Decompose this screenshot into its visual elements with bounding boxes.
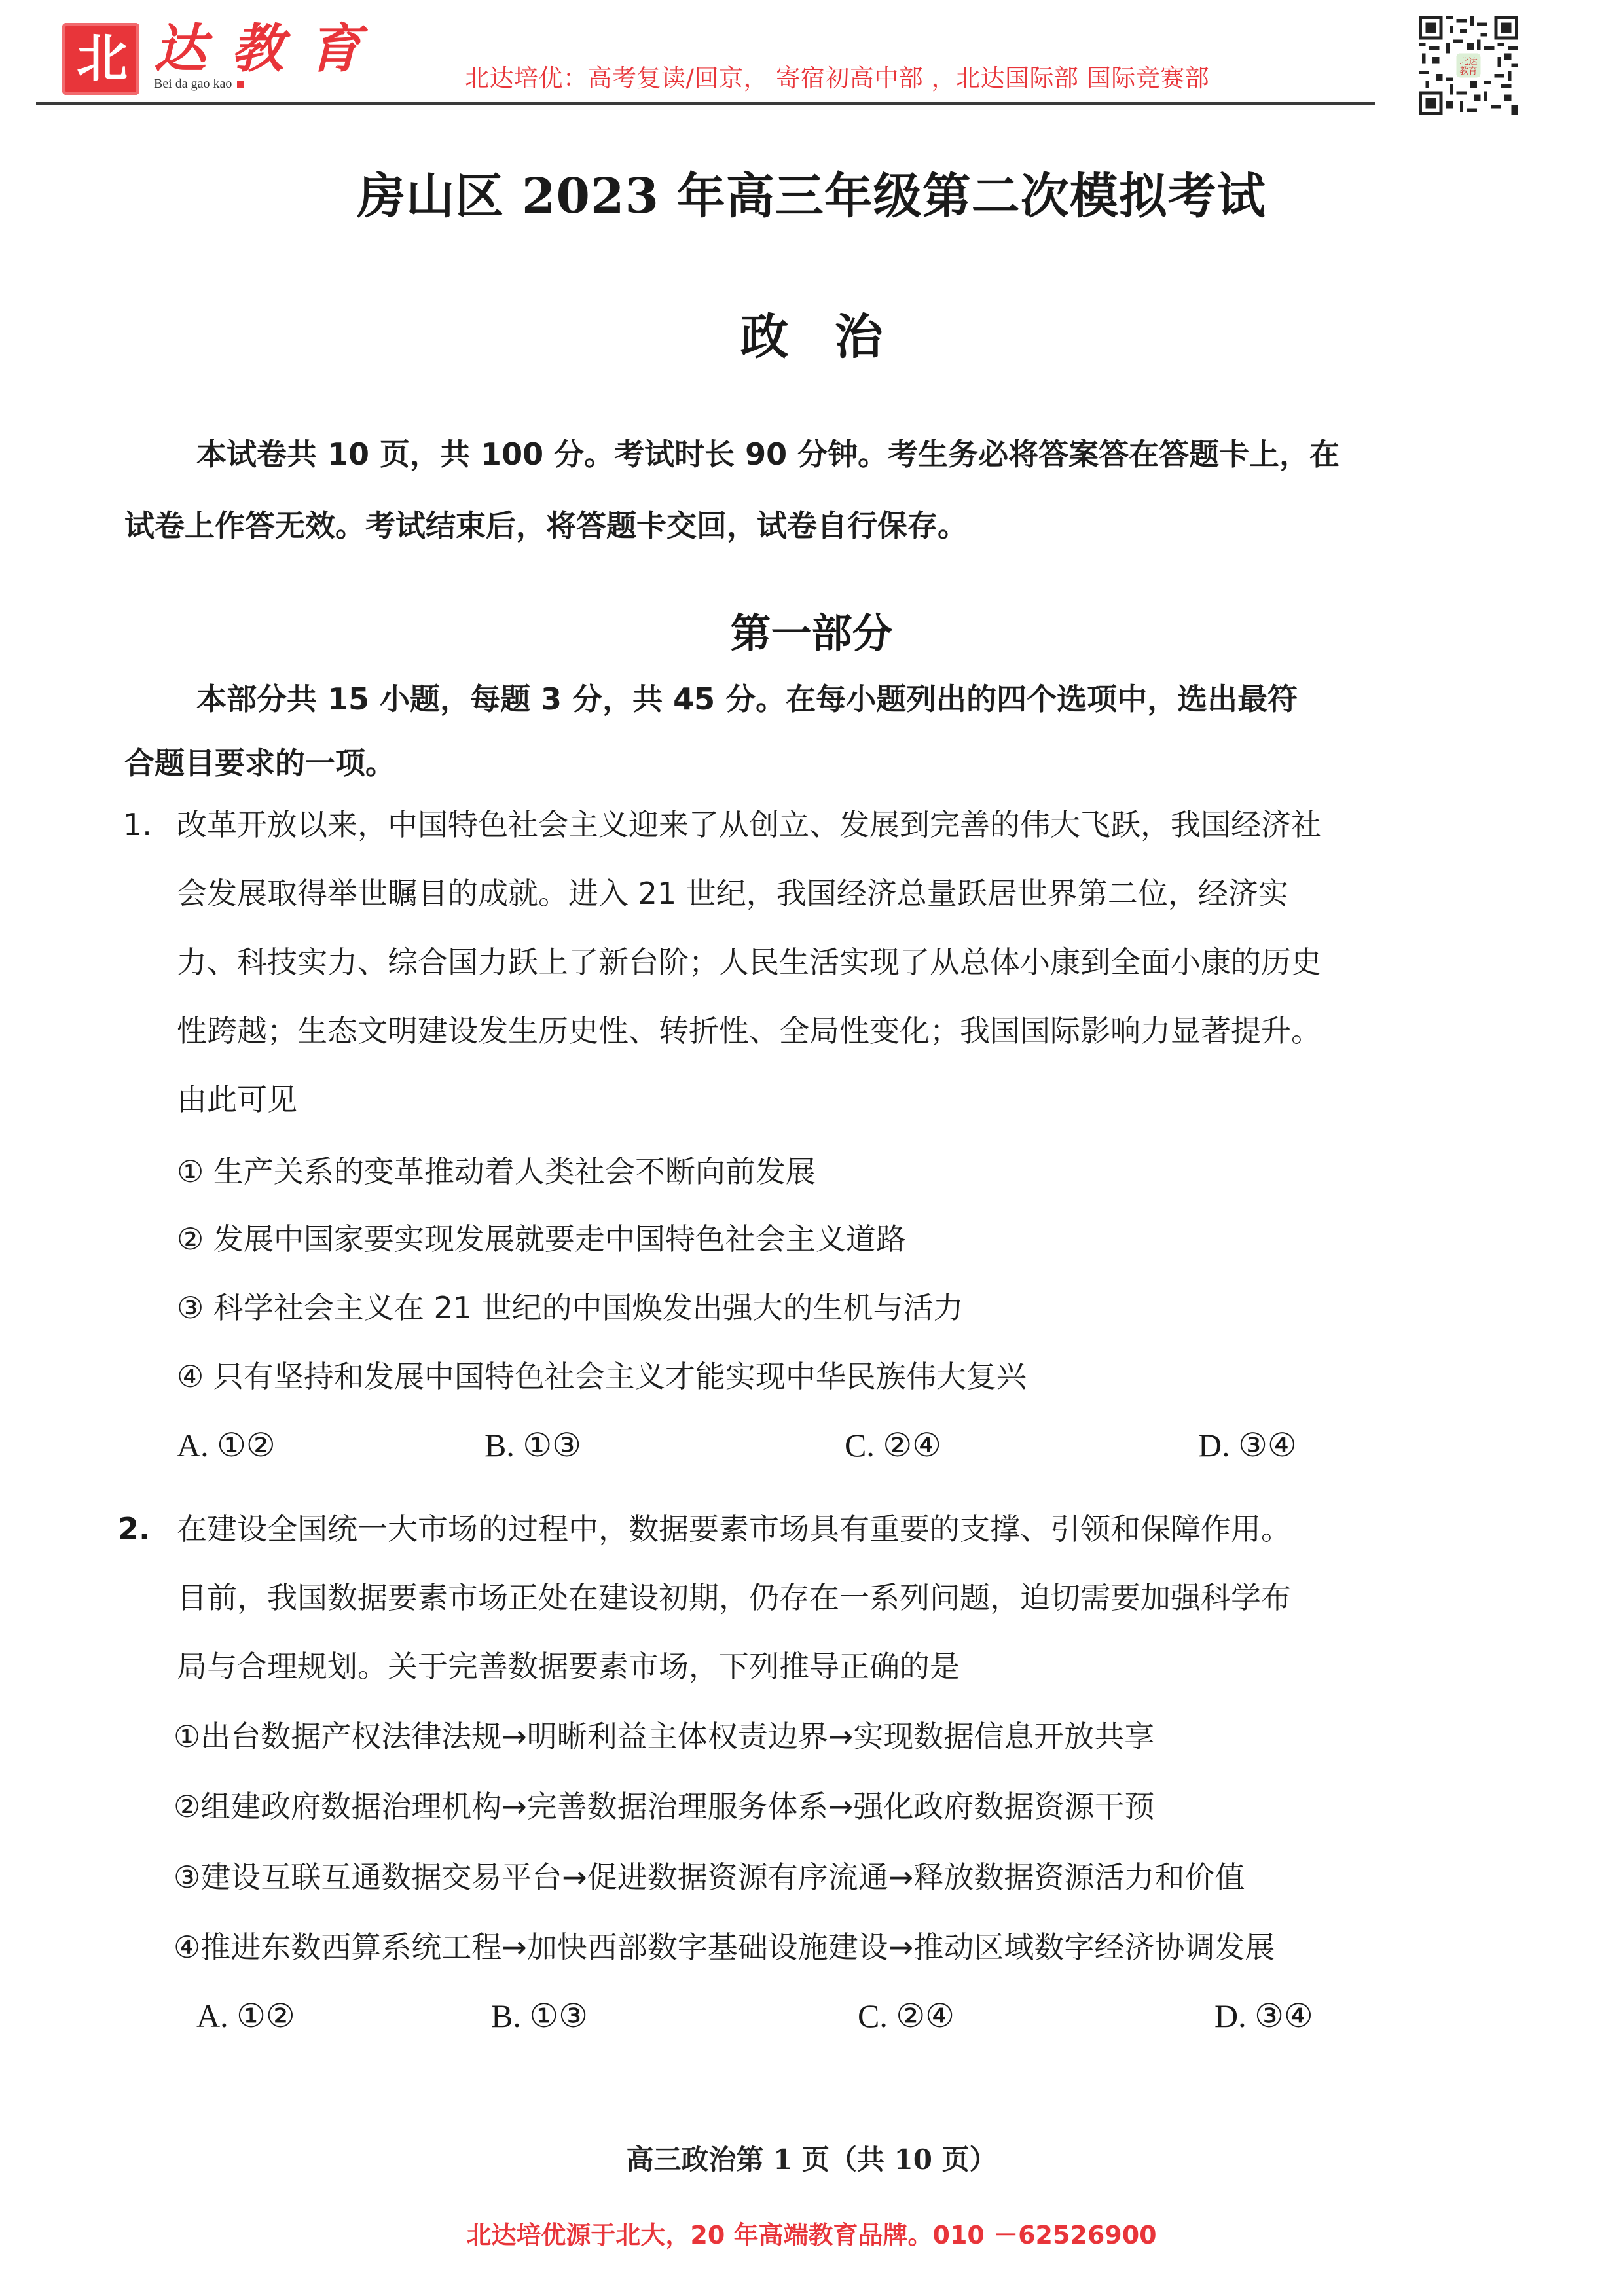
- statement-4: ④ 只有坚持和发展中国特色社会主义才能实现中华民族伟大复兴: [177, 1358, 1027, 1395]
- option-c[interactable]: C. ②④: [845, 1426, 941, 1465]
- statement-2: ② 发展中国家要实现发展就要走中国特色社会主义道路: [177, 1221, 906, 1257]
- option-d[interactable]: D. ③④: [1214, 1996, 1313, 2036]
- page-number-footer: 高三政治第 1 页（共 10 页）: [0, 2142, 1623, 2178]
- answer-options: A. ①② B. ①③ C. ②④ D. ③④: [177, 1426, 1355, 1465]
- option-label: C.: [858, 1998, 888, 2034]
- option-c[interactable]: C. ②④: [858, 1996, 955, 2036]
- statement-1: ① 生产关系的变革推动着人类社会不断向前发展: [177, 1153, 816, 1190]
- logo-pinyin-text: Bei da gao kao: [154, 77, 232, 91]
- option-a[interactable]: A. ①②: [196, 1996, 295, 2036]
- question-stem-line: 性跨越；生态文明建设发生历史性、转折性、全局性变化；我国国际影响力显著提升。: [177, 1013, 1321, 1049]
- question-stem-line: 目前，我国数据要素市场正处在建设初期，仍存在一系列问题，迫切需要加强科学布: [177, 1579, 1291, 1616]
- instructions-line-1: 本试卷共 10 页，共 100 分。考试时长 90 分钟。考生务必将答案答在答题…: [196, 436, 1340, 473]
- question-number: 2.: [118, 1511, 150, 1547]
- part1-intro-line-2: 合题目要求的一项。: [124, 745, 395, 781]
- statement-3: ③ 科学社会主义在 21 世纪的中国焕发出强大的生机与活力: [177, 1289, 964, 1326]
- svg-text:教育: 教育: [1459, 65, 1477, 77]
- header-divider: [36, 102, 1375, 105]
- logo-square-icon: [237, 81, 244, 88]
- exam-title: 房山区 2023 年高三年级第二次模拟考试: [0, 167, 1623, 226]
- option-label: A.: [196, 1998, 228, 2034]
- option-value: ①②: [217, 1427, 276, 1463]
- qr-code-icon: 北达 教育: [1416, 16, 1521, 115]
- option-label: D.: [1214, 1998, 1247, 2034]
- logo-seal: 北: [62, 23, 139, 95]
- answer-options: A. ①② B. ①③ C. ②④ D. ③④: [196, 1996, 1375, 2036]
- option-value: ①②: [236, 1998, 295, 2034]
- instructions-line-2: 试卷上作答无效。考试结束后，将答题卡交回，试卷自行保存。: [124, 507, 968, 544]
- option-label: B.: [484, 1427, 515, 1463]
- statement-2: ②组建政府数据治理机构→完善数据治理服务体系→强化政府数据资源干预: [173, 1788, 1154, 1825]
- question-stem-line: 由此可见: [177, 1081, 297, 1118]
- option-value: ②④: [883, 1427, 941, 1463]
- statement-3: ③建设互联互通数据交易平台→促进数据资源有序流通→释放数据资源活力和价值: [173, 1859, 1245, 1895]
- option-value: ①③: [522, 1427, 581, 1463]
- question-stem-line: 力、科技实力、综合国力跃上了新台阶；人民生活实现了从总体小康到全面小康的历史: [177, 944, 1321, 980]
- option-label: C.: [845, 1427, 875, 1463]
- option-value: ③④: [1254, 1998, 1313, 2034]
- option-value: ②④: [896, 1998, 955, 2034]
- logo-text: 达教育: [154, 19, 386, 78]
- option-label: B.: [491, 1998, 521, 2034]
- part1-intro-line-1: 本部分共 15 小题，每题 3 分，共 45 分。在每小题列出的四个选项中，选出…: [196, 681, 1298, 717]
- logo-pinyin: Bei da gao kao: [154, 77, 244, 92]
- option-b[interactable]: B. ①③: [484, 1426, 581, 1465]
- header-slogan: 北达培优：高考复读/回京， 寄宿初高中部 ，北达国际部 国际竞赛部: [465, 64, 1209, 93]
- section-title-part-1: 第一部分: [0, 609, 1623, 658]
- page-header: 北 达教育 Bei da gao kao 北达培优：高考复读/回京， 寄宿初高中…: [0, 0, 1623, 131]
- question-stem-line: 局与合理规划。关于完善数据要素市场，下列推导正确的是: [177, 1648, 960, 1685]
- brand-footer: 北达培优源于北大，20 年高端教育品牌。010 －62526900: [0, 2219, 1623, 2251]
- question-stem-line: 在建设全国统一大市场的过程中，数据要素市场具有重要的支撑、引领和保障作用。: [177, 1511, 1291, 1547]
- beida-logo: 北 达教育 Bei da gao kao: [62, 23, 403, 95]
- option-value: ①③: [529, 1998, 588, 2034]
- option-b[interactable]: B. ①③: [491, 1996, 588, 2036]
- statement-4: ④推进东数西算系统工程→加快西部数字基础设施建设→推动区域数字经济协调发展: [173, 1929, 1275, 1965]
- option-a[interactable]: A. ①②: [177, 1426, 276, 1465]
- subject-title: 政治: [0, 308, 1623, 367]
- question-stem-line: 改革开放以来，中国特色社会主义迎来了从创立、发展到完善的伟大飞跃，我国经济社: [177, 806, 1321, 843]
- statement-1: ①出台数据产权法律法规→明晰利益主体权责边界→实现数据信息开放共享: [173, 1718, 1154, 1755]
- svg-text:北达: 北达: [1459, 56, 1478, 67]
- option-label: D.: [1198, 1427, 1230, 1463]
- question-number: 1.: [123, 806, 152, 843]
- option-d[interactable]: D. ③④: [1198, 1426, 1297, 1465]
- question-stem-line: 会发展取得举世瞩目的成就。进入 21 世纪，我国经济总量跃居世界第二位，经济实: [177, 875, 1288, 912]
- option-value: ③④: [1238, 1427, 1297, 1463]
- option-label: A.: [177, 1427, 209, 1463]
